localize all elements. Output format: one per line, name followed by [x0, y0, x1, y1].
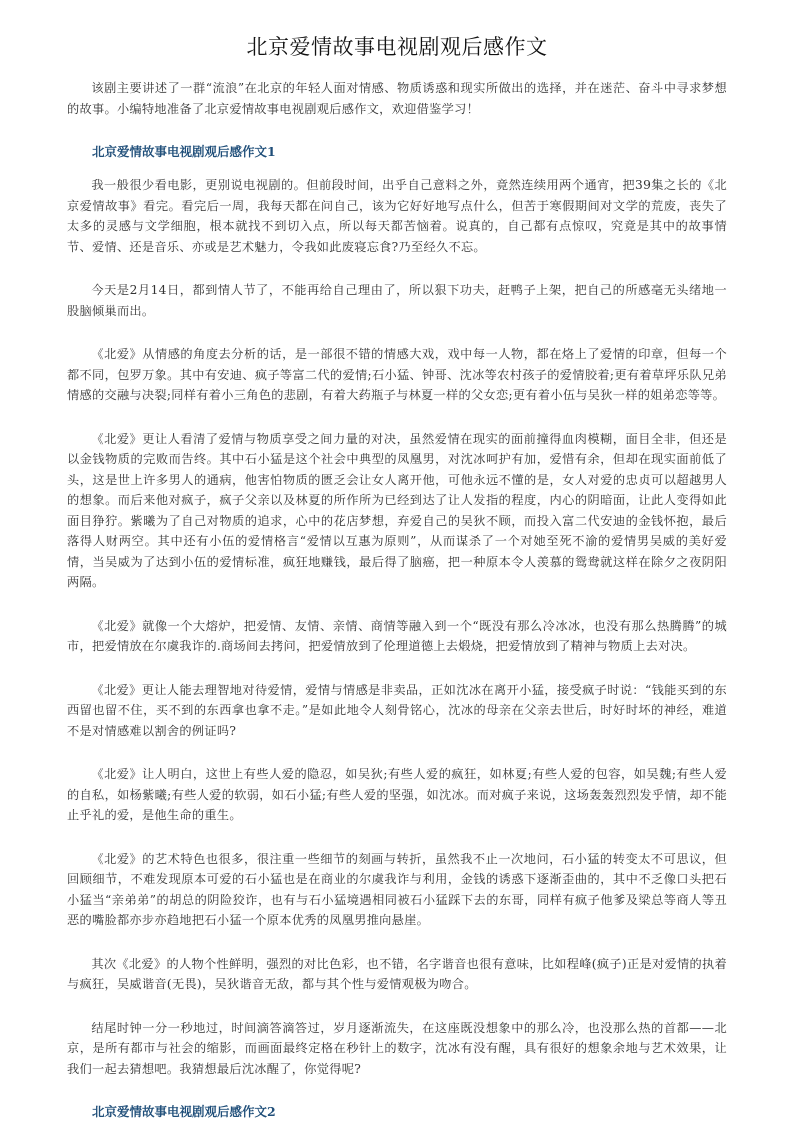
- paragraph: 《北爱》就像一个大熔炉，把爱情、友情、亲情、商情等融入到一个“既没有那么冷冰冰，…: [67, 616, 727, 657]
- paragraph: 我一般很少看电影，更别说电视剧的。但前段时间，出乎自己意料之外，竟然连续用两个通…: [67, 175, 727, 257]
- page-title: 北京爱情故事电视剧观后感作文: [67, 0, 727, 69]
- paragraph: 《北爱》更让人看清了爱情与物质享受之间力量的对决，虽然爱情在现实的面前撞得血肉模…: [67, 429, 727, 593]
- section-heading-1: 北京爱情故事电视剧观后感作文1: [67, 142, 727, 162]
- document-page: 北京爱情故事电视剧观后感作文 该剧主要讲述了一群“流浪”在北京的年轻人面对情感、…: [67, 0, 727, 1122]
- paragraph: 《北爱》更让人能去理智地对待爱情，爱情与情感是非卖品，正如沈冰在离开小猛，接受疯…: [67, 680, 727, 742]
- paragraph: 今天是2月14日，都到情人节了，不能再给自己理由了，所以狠下功夫，赶鸭子上架，把…: [67, 280, 727, 321]
- paragraph: 《北爱》的艺术特色也很多，很注重一些细节的刻画与转折，虽然我不止一次地问，石小猛…: [67, 849, 727, 931]
- paragraph: 《北爱》从情感的角度去分析的话，是一部很不错的情感大戏，戏中每一人物，都在烙上了…: [67, 344, 727, 406]
- paragraph: 结尾时钟一分一秒地过，时间滴答滴答过，岁月逐渐流失，在这座既没想象中的那么冷，也…: [67, 1018, 727, 1080]
- section-heading-2: 北京爱情故事电视剧观后感作文2: [67, 1102, 727, 1122]
- paragraph: 其次《北爱》的人物个性鲜明，强烈的对比色彩，也不错，名字谐音也很有意味，比如程峰…: [67, 954, 727, 995]
- paragraph: 《北爱》让人明白，这世上有些人爱的隐忍，如吴狄;有些人爱的疯狂，如林夏;有些人爱…: [67, 764, 727, 826]
- intro-paragraph: 该剧主要讲述了一群“流浪”在北京的年轻人面对情感、物质诱惑和现实所做出的选择，并…: [67, 78, 727, 119]
